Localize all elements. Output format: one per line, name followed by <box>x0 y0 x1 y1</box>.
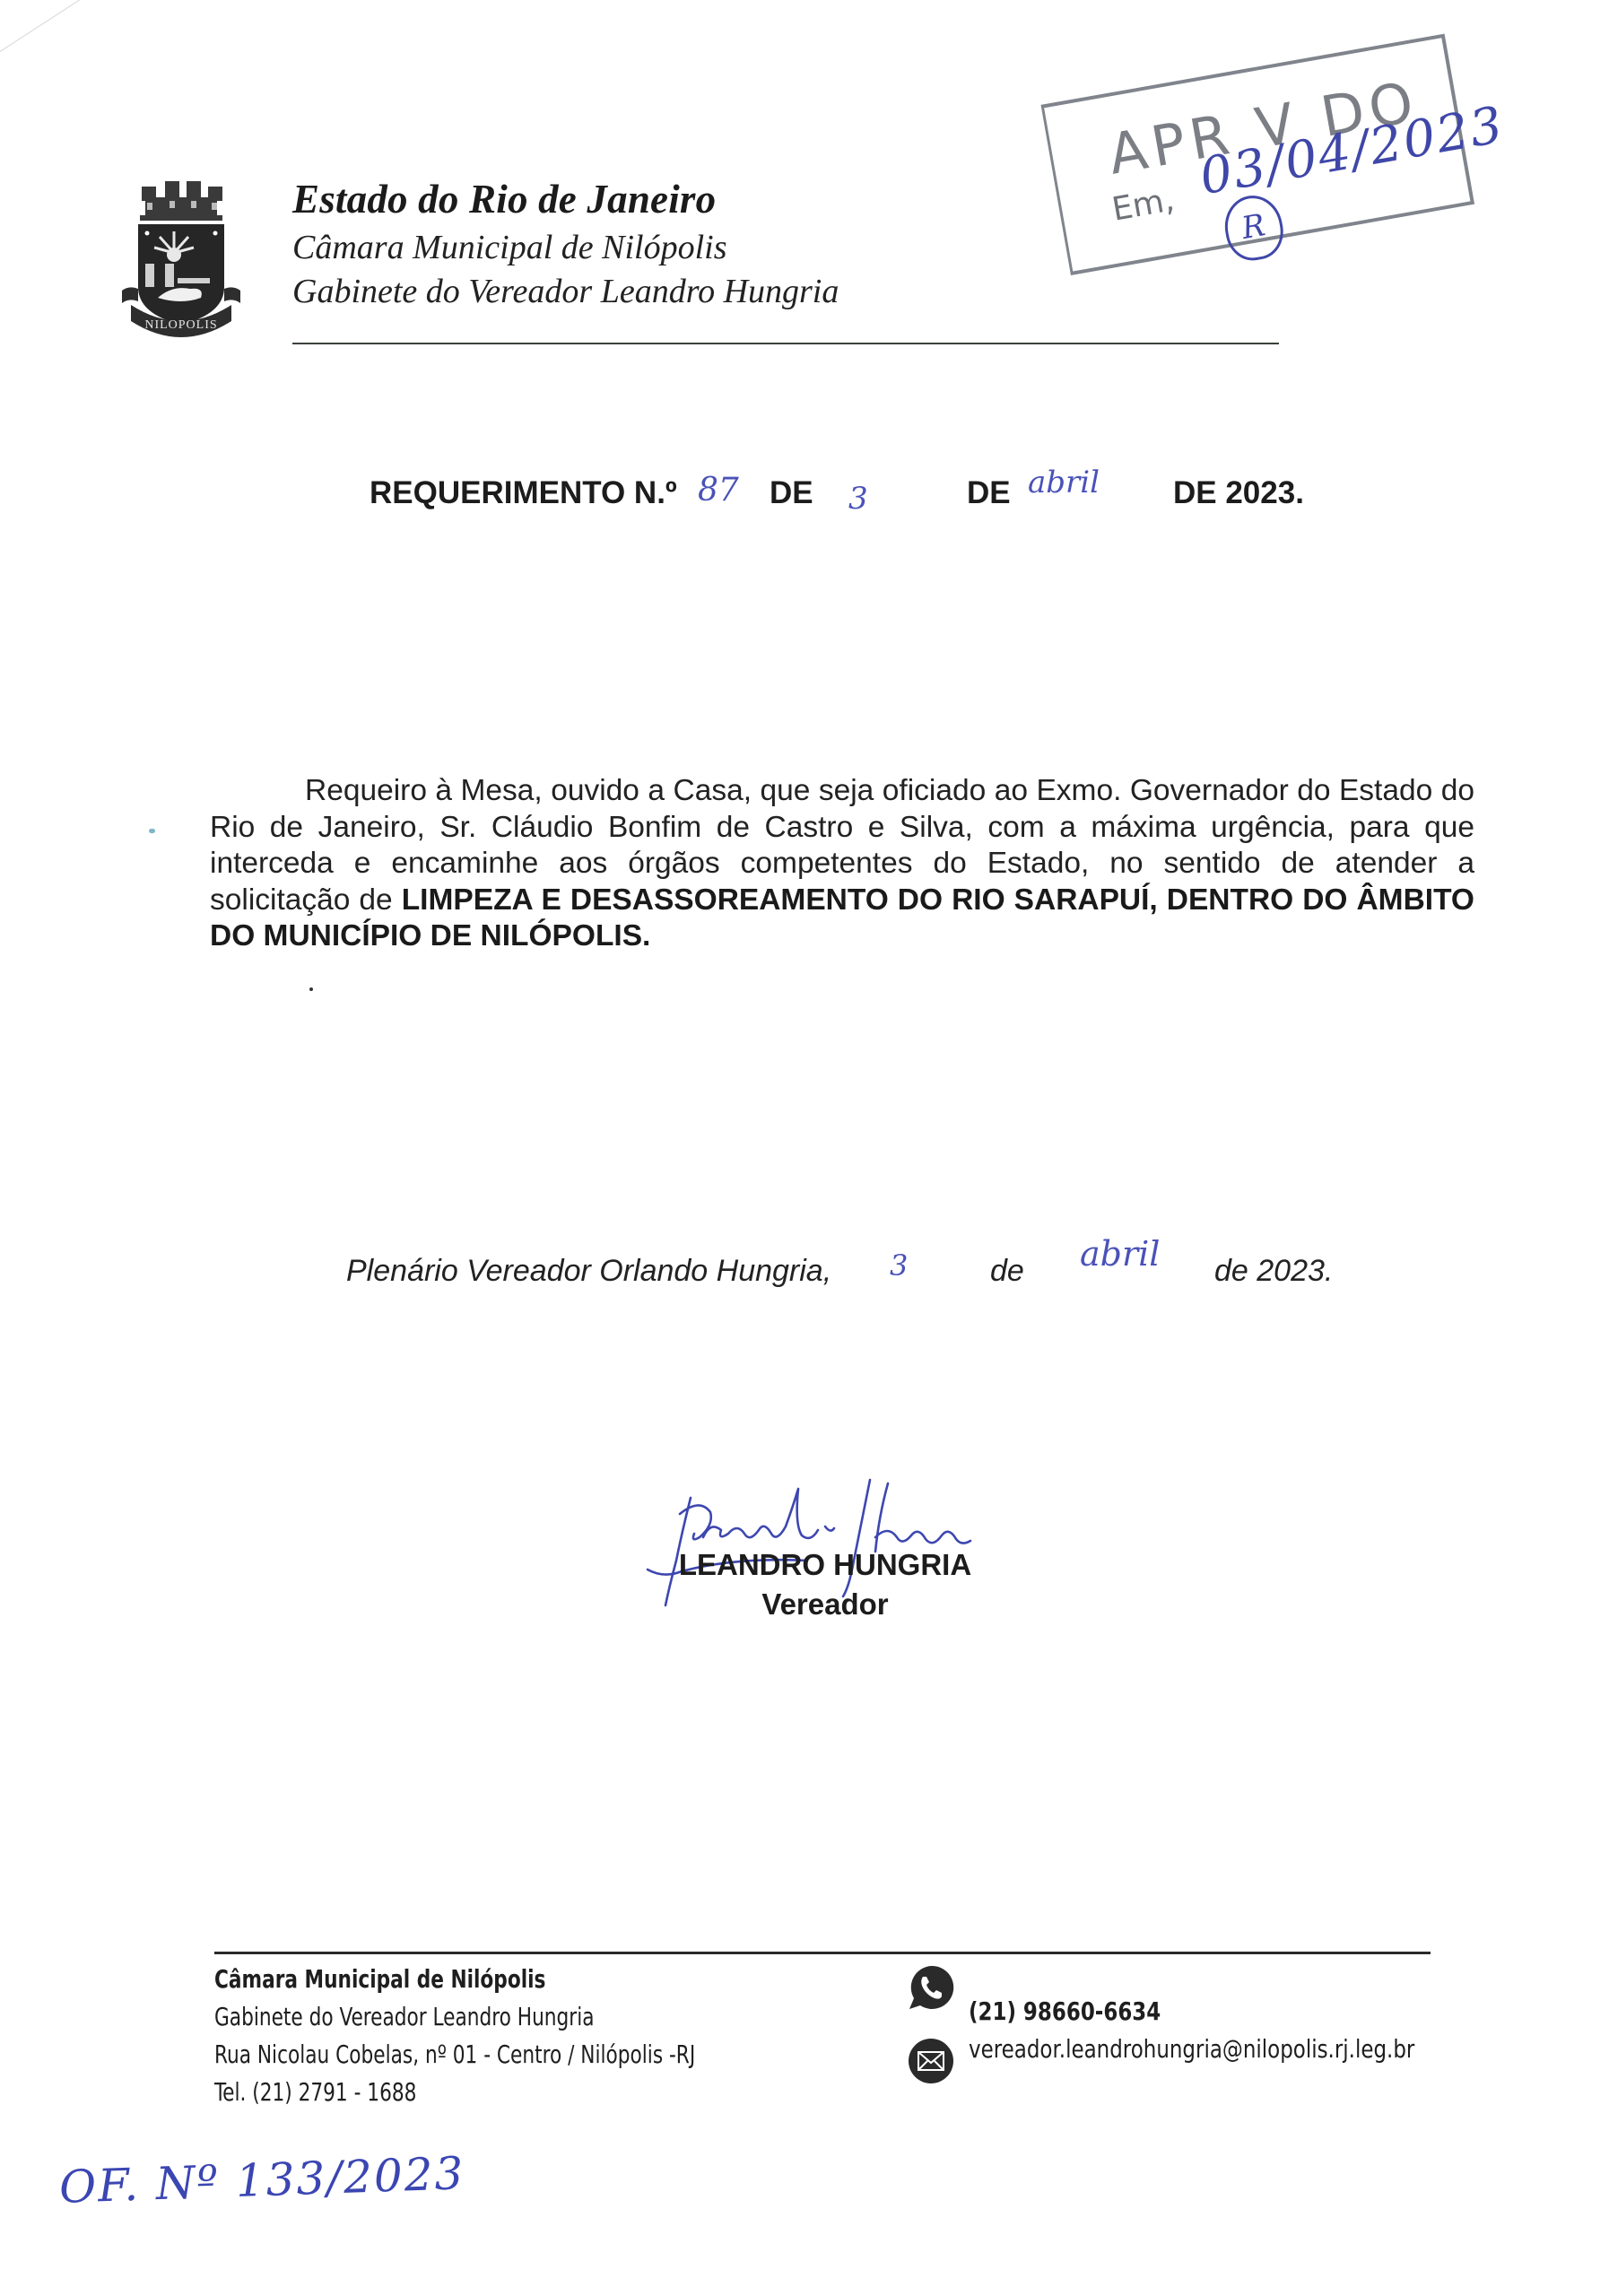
envelope-icon <box>908 2038 954 2084</box>
place-date-line: Plenário Vereador Orlando Hungria, 3 de … <box>346 1254 831 1289</box>
approval-stamp: APR V DO Em, 03/04/2023 R <box>1048 16 1514 339</box>
svg-text:NILOPOLIS: NILOPOLIS <box>144 318 217 332</box>
footer-email: vereador.leandrohungria@nilopolis.rj.leg… <box>969 2034 1414 2064</box>
request-month: abril <box>1028 465 1100 500</box>
footer-address: Rua Nicolau Cobelas, nº 01 - Centro / Ni… <box>214 2036 695 2074</box>
header-office: Gabinete do Vereador Leandro Hungria <box>292 272 839 311</box>
footer-office: Gabinete do Vereador Leandro Hungria <box>214 1998 695 2036</box>
signer-role: Vereador <box>664 1587 987 1622</box>
place-de: de <box>990 1254 1024 1289</box>
stray-dot <box>309 987 313 991</box>
request-de-1: DE <box>770 475 813 511</box>
request-day: 3 <box>848 481 868 517</box>
footer-phone: (21) 98660-6634 <box>969 1996 1161 2026</box>
request-label: REQUERIMENTO N.º <box>370 475 677 511</box>
request-year: DE 2023. <box>1173 475 1304 511</box>
place-month: abril <box>1080 1234 1160 1274</box>
place-text: Plenário Vereador Orlando Hungria, <box>346 1254 831 1288</box>
footer-address-block: Câmara Municipal de Nilópolis Gabinete d… <box>214 1961 695 2111</box>
scan-artifact-line <box>0 0 163 64</box>
request-de-2: DE <box>967 475 1011 511</box>
footer-org: Câmara Municipal de Nilópolis <box>214 1961 695 1998</box>
coat-of-arms-icon: NILOPOLIS <box>118 179 244 341</box>
whatsapp-icon <box>908 1964 954 2011</box>
handwritten-office-number: OF. Nº 133/2023 <box>58 2147 465 2213</box>
place-year: de 2023. <box>1214 1254 1333 1289</box>
header-chamber: Câmara Municipal de Nilópolis <box>292 228 727 267</box>
header-title: Estado do Rio de Janeiro <box>292 176 716 222</box>
place-day: 3 <box>890 1248 908 1283</box>
request-number: 87 <box>698 472 739 509</box>
footer-divider <box>214 1952 1431 1954</box>
signer-name: LEANDRO HUNGRIA <box>664 1548 987 1582</box>
scan-mark <box>149 829 155 833</box>
footer-tel: Tel. (21) 2791 - 1688 <box>214 2074 695 2111</box>
header-divider <box>292 343 1279 344</box>
request-body: Requeiro à Mesa, ouvido a Casa, que seja… <box>210 773 1474 955</box>
